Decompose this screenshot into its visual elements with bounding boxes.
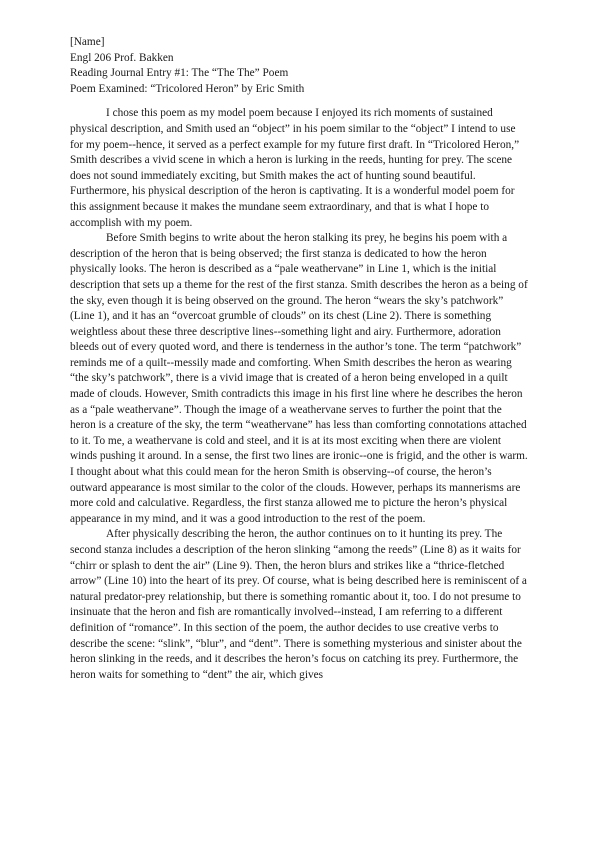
journal-entry-title: Reading Journal Entry #1: The “The The” … [70,66,528,82]
paragraph-intro: I chose this poem as my model poem becau… [70,106,528,231]
course-info: Engl 206 Prof. Bakken [70,51,528,67]
poem-examined: Poem Examined: “Tricolored Heron” by Eri… [70,82,528,98]
student-name: [Name] [70,35,528,51]
spacer [70,97,528,106]
paragraph-first-stanza: Before Smith begins to write about the h… [70,231,528,527]
document-page: [Name] Engl 206 Prof. Bakken Reading Jou… [70,35,528,683]
paragraph-second-stanza: After physically describing the heron, t… [70,527,528,683]
